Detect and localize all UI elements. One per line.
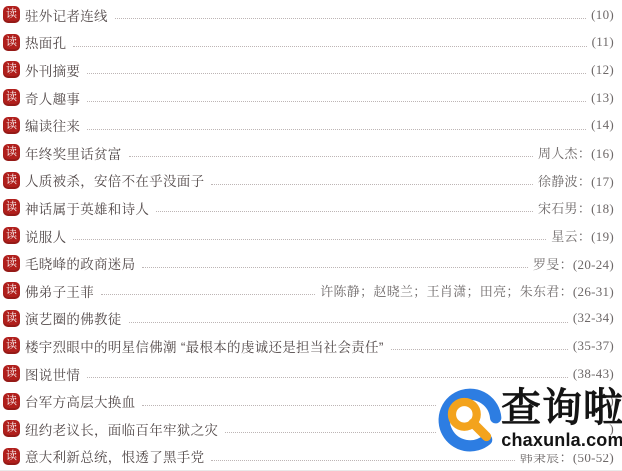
toc-row: 读 说服人 星云：(19)	[3, 222, 614, 250]
dotted-leader	[87, 377, 568, 378]
dotted-leader	[211, 184, 533, 185]
article-title[interactable]: 年终奖里话贫富	[25, 143, 122, 163]
read-badge-icon[interactable]: 读	[3, 61, 20, 78]
author-page-number: (11)	[592, 34, 614, 50]
article-title[interactable]: 奇人趣事	[25, 88, 80, 108]
author-page-number: 徐静波：(17)	[538, 171, 614, 190]
author-page-number: (10)	[591, 7, 614, 23]
author-page-number: 罗旻：(20-24)	[533, 254, 614, 273]
toc-row: 读 神话属于英雄和诗人 宋石男：(18)	[3, 194, 614, 222]
article-title[interactable]: 楼宇烈眼中的明星信佛潮 “最根本的虔诚还是担当社会责任”	[25, 336, 384, 356]
read-badge-icon[interactable]: 读	[3, 34, 20, 51]
read-badge-icon[interactable]: 读	[3, 144, 20, 161]
article-title[interactable]: 外刊摘要	[25, 60, 80, 80]
toc-row: 读 人质被杀，安倍不在乎没面子 徐静波：(17)	[3, 167, 614, 195]
article-title[interactable]: 佛弟子王菲	[25, 281, 94, 301]
dotted-leader	[73, 239, 546, 240]
author-page-number: 周人杰：(16)	[538, 143, 614, 162]
author-page-number: 宋石男：(18)	[538, 198, 614, 217]
author-page-number: (38-43)	[573, 366, 614, 382]
article-title[interactable]: 台军方高层大换血	[25, 391, 135, 411]
dotted-leader	[101, 294, 315, 295]
read-badge-icon[interactable]: 读	[3, 282, 20, 299]
article-title[interactable]: 演艺圈的佛教徒	[25, 308, 122, 328]
magnifier-logo-icon	[437, 387, 503, 453]
dotted-leader	[129, 156, 533, 157]
read-badge-icon[interactable]: 读	[3, 89, 20, 106]
read-badge-icon[interactable]: 读	[3, 199, 20, 216]
article-title[interactable]: 驻外记者连线	[25, 5, 108, 25]
toc-row: 读 外刊摘要 (12)	[3, 56, 614, 84]
read-badge-icon[interactable]: 读	[3, 448, 20, 465]
read-badge-icon[interactable]: 读	[3, 255, 20, 272]
toc-row: 读 年终奖里话贫富 周人杰：(16)	[3, 139, 614, 167]
author-page-number: (32-34)	[573, 310, 614, 326]
dotted-leader	[211, 460, 514, 461]
dotted-leader	[73, 46, 586, 47]
watermark-domain: chaxunla.com	[501, 430, 622, 450]
article-title[interactable]: 图说世情	[25, 364, 80, 384]
dotted-leader	[129, 322, 568, 323]
read-badge-icon[interactable]: 读	[3, 337, 20, 354]
read-badge-icon[interactable]: 读	[3, 227, 20, 244]
author-page-number: (13)	[591, 90, 614, 106]
watermark-site-name: 查询啦	[501, 387, 622, 429]
article-title[interactable]: 说服人	[25, 226, 66, 246]
author-page-number: 许陈静；赵晓兰；王肖潇；田亮；朱东君：(26-31)	[320, 281, 614, 300]
toc-row: 读 毛晓峰的政商迷局 罗旻：(20-24)	[3, 249, 614, 277]
toc-row: 读 热面孔 (11)	[3, 29, 614, 57]
read-badge-icon[interactable]: 读	[3, 365, 20, 382]
article-title[interactable]: 热面孔	[25, 32, 66, 52]
read-badge-icon[interactable]: 读	[3, 420, 20, 437]
dotted-leader	[142, 267, 528, 268]
chaxunla-watermark: 查询啦 chaxunla.com	[437, 387, 608, 454]
dotted-leader	[156, 211, 533, 212]
article-title[interactable]: 神话属于英雄和诗人	[25, 198, 149, 218]
author-page-number: 星云：(19)	[551, 226, 614, 245]
dotted-leader	[87, 101, 586, 102]
article-title[interactable]: 纽约老议长，面临百年牢狱之灾	[25, 419, 218, 439]
toc-row: 读 佛弟子王菲 许陈静；赵晓兰；王肖潇；田亮；朱东君：(26-31)	[3, 277, 614, 305]
toc-row: 读 驻外记者连线 (10)	[3, 1, 614, 29]
author-page-number: (35-37)	[573, 338, 614, 354]
dotted-leader	[391, 349, 568, 350]
read-badge-icon[interactable]: 读	[3, 310, 20, 327]
read-badge-icon[interactable]: 读	[3, 172, 20, 189]
article-title[interactable]: 编读往来	[25, 115, 80, 135]
read-badge-icon[interactable]: 读	[3, 117, 20, 134]
author-page-number: (12)	[591, 62, 614, 78]
watermark-text: 查询啦 chaxunla.com	[501, 387, 622, 450]
toc-row: 读 编读往来 (14)	[3, 111, 614, 139]
toc-row: 读 奇人趣事 (13)	[3, 84, 614, 112]
article-title[interactable]: 意大利新总统，恨透了黑手党	[25, 446, 204, 466]
toc-row: 读 楼宇烈眼中的明星信佛潮 “最根本的虔诚还是担当社会责任” (35-37)	[3, 332, 614, 360]
read-badge-icon[interactable]: 读	[3, 393, 20, 410]
author-page-number: (14)	[591, 117, 614, 133]
article-title[interactable]: 人质被杀，安倍不在乎没面子	[25, 170, 204, 190]
dotted-leader	[87, 73, 586, 74]
toc-row: 读 演艺圈的佛教徒 (32-34)	[3, 305, 614, 333]
dotted-leader	[87, 129, 586, 130]
article-title[interactable]: 毛晓峰的政商迷局	[25, 253, 135, 273]
dotted-leader	[115, 18, 586, 19]
read-badge-icon[interactable]: 读	[3, 6, 20, 23]
